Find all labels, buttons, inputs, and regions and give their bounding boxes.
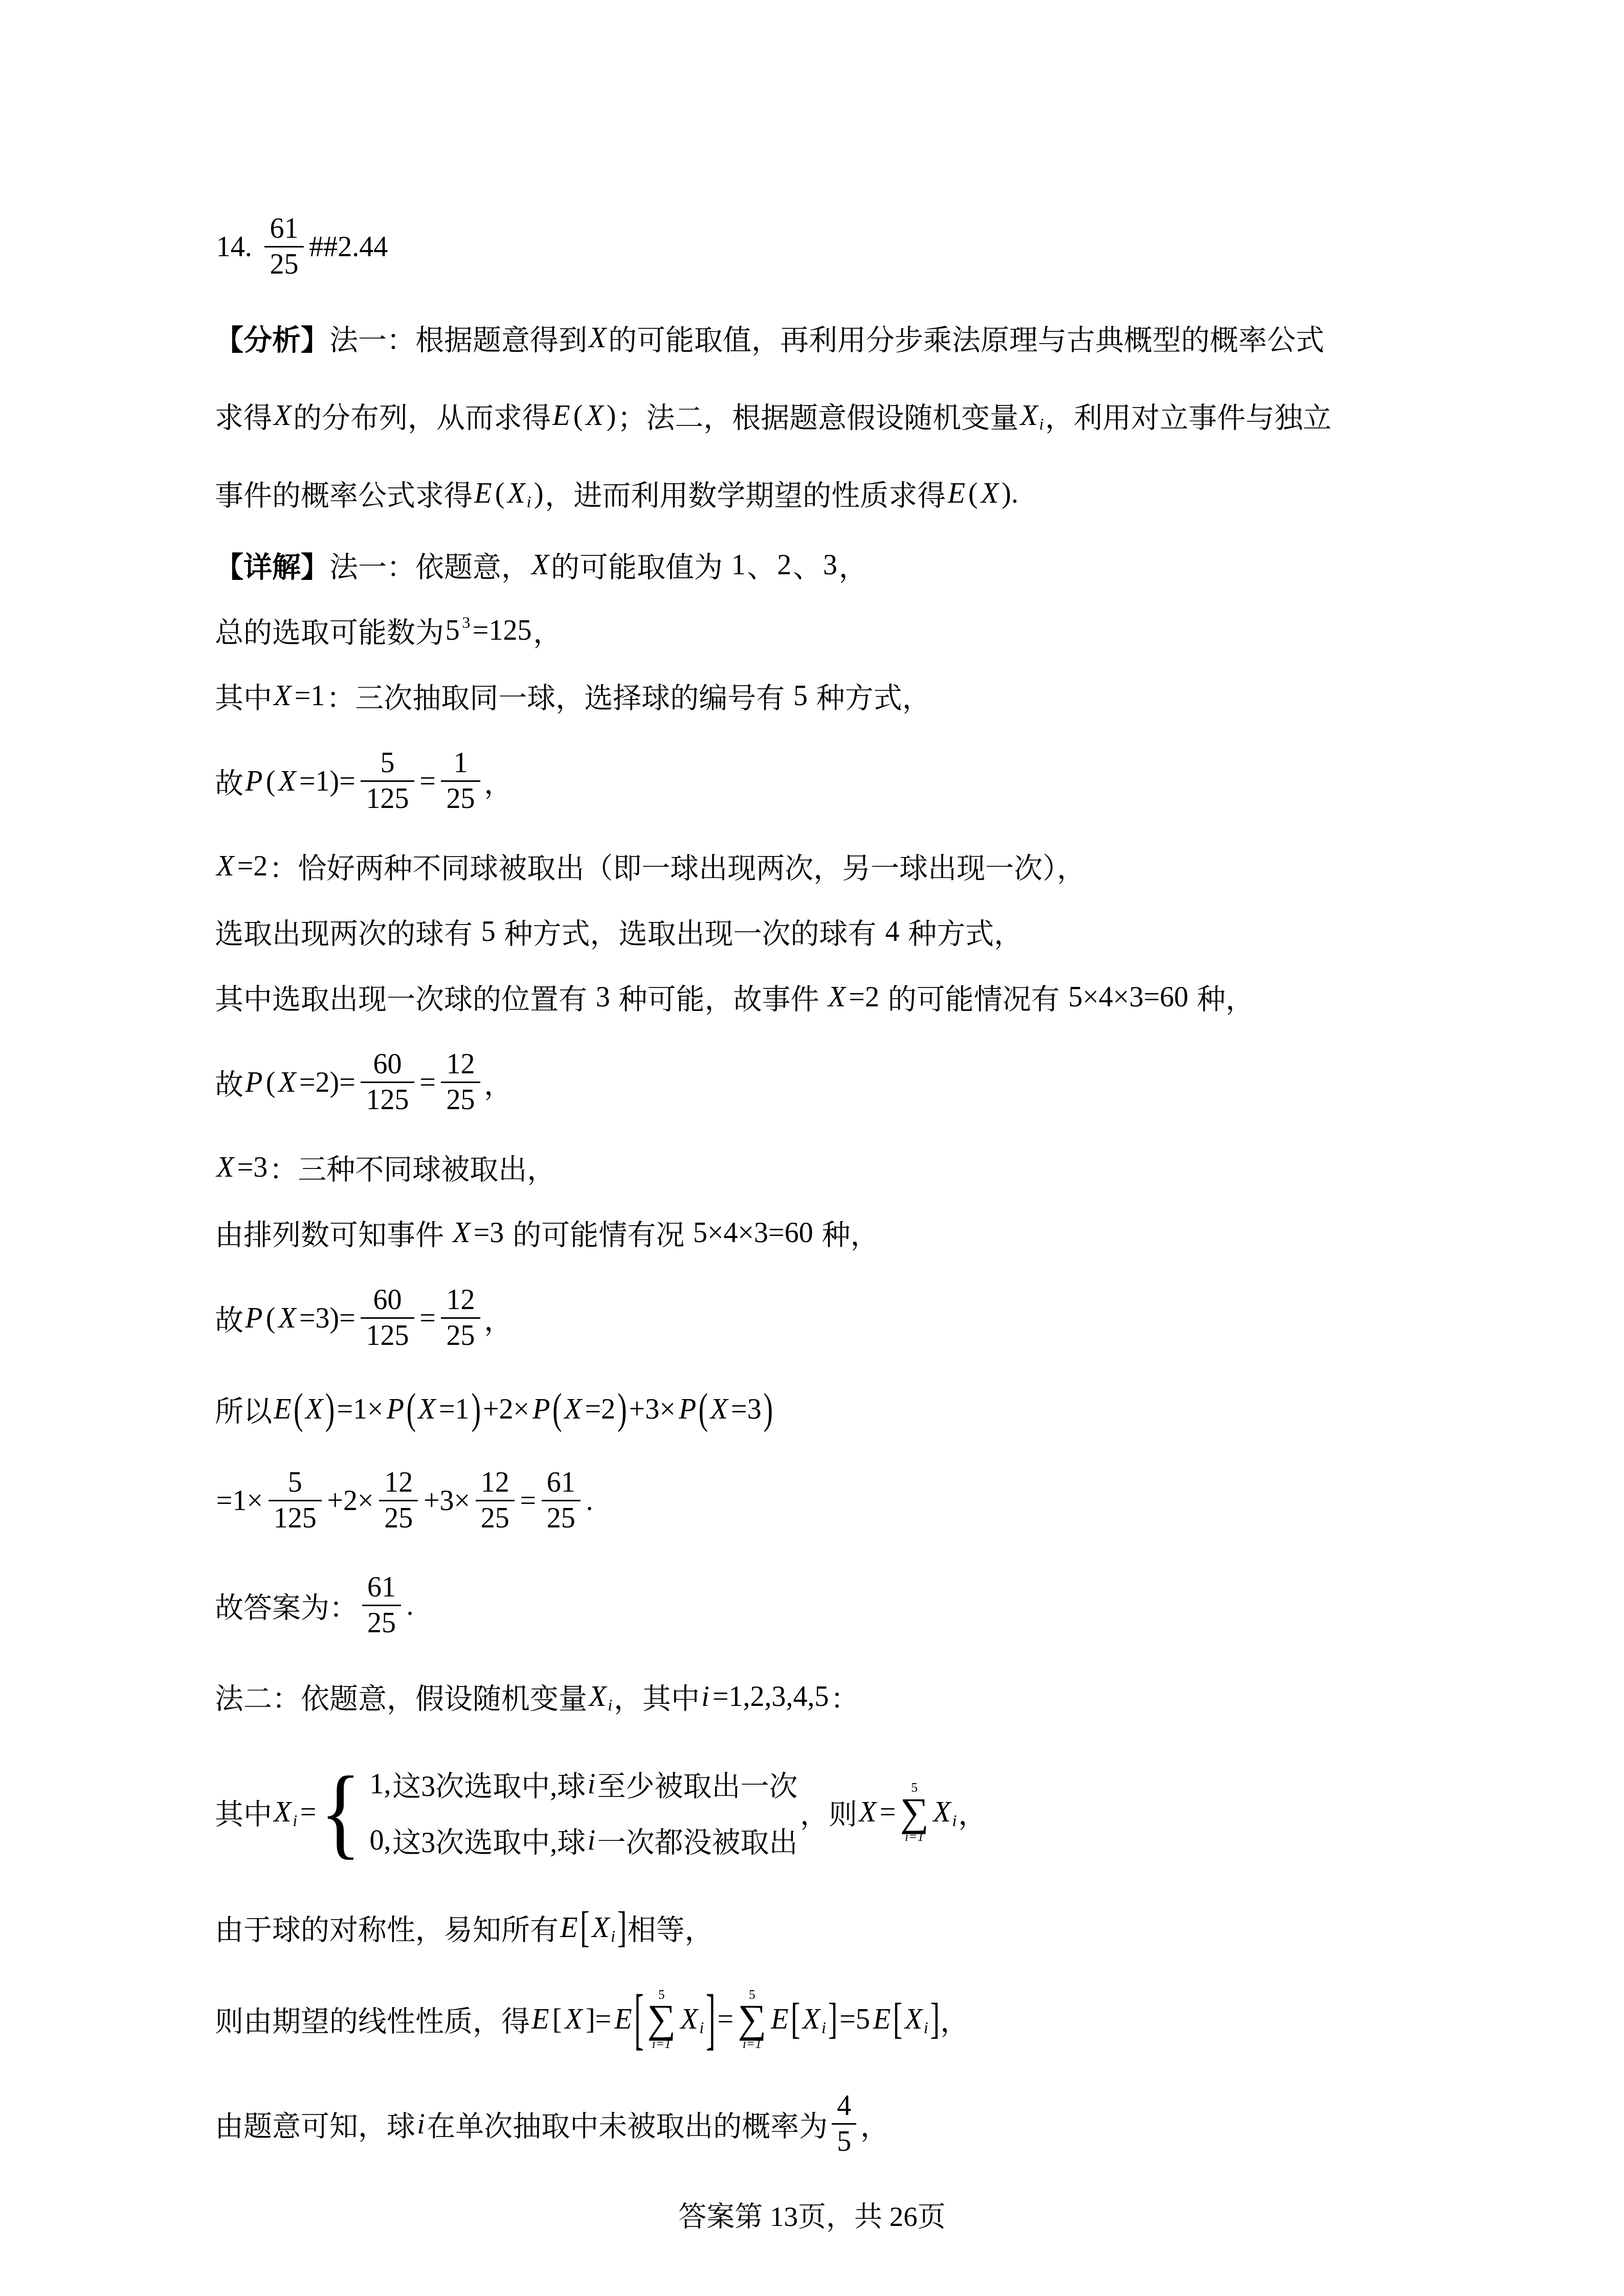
fraction-numerator: 60 — [368, 1049, 407, 1082]
math-subscript: i — [821, 2019, 826, 2038]
math-number: 3 — [821, 549, 839, 581]
fraction-numerator: 61 — [362, 1572, 401, 1605]
fraction-numerator: 5 — [283, 1467, 307, 1500]
fraction: 45 — [832, 2090, 856, 2157]
summation: 5∑i=1 — [647, 1987, 676, 2052]
math-number: =3 — [472, 1217, 505, 1249]
math-variable: X — [563, 1393, 584, 1426]
sigma-symbol: ∑ — [738, 2002, 766, 2036]
case-row: 1,这3次选取中,球i至少被取出一次 — [368, 1764, 798, 1805]
summation: 5∑i=1 — [900, 1780, 929, 1844]
fraction-denominator: 25 — [441, 780, 480, 815]
text-run: 种可能，故事件 — [612, 977, 827, 1018]
text-run: 由题意可知，球 — [215, 2104, 415, 2145]
math-variable: X — [587, 322, 608, 354]
math-variable: X — [530, 549, 551, 581]
fraction-denominator: 25 — [362, 1605, 401, 1639]
math-subscript: i — [924, 2019, 928, 2038]
math-variable: i — [700, 1680, 711, 1713]
text-run: ， — [839, 545, 867, 586]
math-number: =3)= — [298, 1302, 357, 1335]
left-brace-icon: { — [320, 1762, 362, 1863]
sigma-symbol: ∑ — [647, 2002, 676, 2036]
fraction-denominator: 25 — [441, 1317, 480, 1352]
math-bracket: [ — [893, 1998, 903, 2041]
math-variable: X — [506, 477, 527, 510]
fraction-numerator: 5 — [375, 748, 399, 780]
math-number: =125 — [471, 614, 533, 647]
page-footer: 答案第 13页，共 26页 — [0, 2194, 1624, 2234]
math-number: ##2.44 — [307, 231, 389, 263]
math-number: =3 — [729, 1393, 763, 1426]
text-run: 故 — [215, 761, 243, 802]
math-bracket: [ — [790, 1998, 801, 2041]
math-variable: X — [272, 680, 293, 712]
math-variable: i — [415, 2108, 427, 2141]
piecewise-cases: {1,这3次选取中,球i至少被取出一次0,这3次选取中,球i一次都没被取出 — [320, 1764, 798, 1861]
fraction: 6125 — [362, 1572, 401, 1639]
text-run: 、 — [747, 545, 776, 586]
sum-lower-limit: i=1 — [652, 2036, 671, 2052]
math-variable: X — [587, 1680, 608, 1713]
math-variable: X — [563, 2003, 584, 2036]
math-number: =2)= — [298, 1066, 357, 1099]
math-variable: i — [586, 1824, 597, 1857]
math-bracket: ] — [828, 1998, 838, 2041]
math-number: 1 — [730, 549, 747, 581]
math-number: =2 — [236, 850, 269, 883]
fraction-numerator: 4 — [832, 2090, 856, 2123]
cases-rows: 1,这3次选取中,球i至少被取出一次0,这3次选取中,球i一次都没被取出 — [368, 1764, 798, 1861]
math-variable: E — [551, 399, 572, 432]
math-variable: X — [1018, 399, 1039, 432]
fraction: 6125 — [264, 213, 303, 280]
math-number: ( — [494, 477, 506, 510]
solution-method1-line-7: X=3：三种不同球被取出， — [215, 1135, 1483, 1200]
solution-method2-linearity-eq: 则由期望的线性性质，得E[X]=E[5∑i=1Xi]=5∑i=1E[Xi]=5E… — [215, 1967, 1483, 2072]
solution-method1-eq-px1: 故P(X=1)=5125=125， — [215, 729, 1483, 834]
text-run: 种， — [814, 1212, 879, 1253]
solution-method2-line-3: 由题意可知，球i在单次抽取中未被取出的概率为45， — [215, 2072, 1483, 2176]
text-run: ， — [484, 761, 513, 802]
math-number: ) — [532, 477, 545, 510]
math-number: 0, — [368, 1824, 393, 1857]
math-number: = — [519, 1484, 538, 1517]
math-bracket: ( — [698, 1388, 708, 1431]
math-number: . — [405, 1589, 415, 1622]
math-number: 5 — [792, 680, 809, 712]
math-number: = — [299, 1796, 318, 1829]
math-number: 5 — [480, 915, 497, 948]
solution-method1-line-3: 其中X=1：三次抽取同一球，选择球的编号有 5 种方式， — [215, 663, 1483, 729]
text-run: ， — [860, 2104, 889, 2145]
fraction: 1225 — [379, 1467, 418, 1534]
fraction: 1225 — [441, 1049, 480, 1116]
fraction-denominator: 25 — [441, 1082, 480, 1116]
text-run: 法一：依题意， — [329, 545, 530, 586]
math-subscript: i — [699, 2019, 704, 2038]
math-variable: X — [590, 1911, 611, 1944]
math-bracket: ( — [406, 1388, 416, 1431]
text-run: 故 — [215, 1298, 243, 1339]
math-bracket: ] — [705, 1985, 716, 2053]
text-run: ，利用对立事件与独立 — [1045, 395, 1331, 436]
math-number: 5 — [444, 614, 461, 647]
math-variable: E — [613, 2003, 634, 2036]
text-run: 在单次抽取中未被取出的概率为 — [427, 2104, 828, 2145]
math-variable: X — [903, 2003, 924, 2036]
bold-label: 【详解】 — [215, 545, 329, 586]
math-number: ( — [264, 1302, 277, 1335]
solution-method2-line-1: 法二：依题意，假设随机变量Xi，其中i=1,2,3,4,5： — [215, 1658, 1483, 1736]
math-number: ) — [605, 399, 617, 432]
math-number: =1× — [215, 1484, 264, 1517]
math-variable: P — [531, 1393, 552, 1426]
fraction: 125 — [441, 748, 480, 815]
sum-lower-limit: i=1 — [905, 1829, 924, 1844]
math-variable: X — [451, 1217, 472, 1249]
document-body: 14. 6125##2.44 【分析】法一：根据题意得到X的可能取值，再利用分步… — [215, 194, 1483, 2176]
text-run: 种方式，选取出现一次的球有 — [497, 911, 884, 952]
sigma-symbol: ∑ — [900, 1795, 929, 1830]
document-page: 14. 6125##2.44 【分析】法一：根据题意得到X的可能取值，再利用分步… — [0, 0, 1624, 2296]
math-bracket: ] — [929, 1998, 940, 2041]
math-variable: X — [272, 399, 293, 432]
math-variable: i — [586, 1768, 597, 1800]
fraction-denominator: 125 — [269, 1500, 322, 1534]
analysis-line-2: 求得X的分布列，从而求得E(X)；法二，根据题意假设随机变量Xi，利用对立事件与… — [215, 377, 1483, 455]
solution-method1-line-4: X=2：恰好两种不同球被取出（即一球出现两次，另一球出现一次）， — [215, 834, 1483, 899]
math-bracket: ] — [617, 1906, 628, 1949]
math-variable: X — [215, 850, 236, 883]
text-run: 种方式， — [809, 676, 931, 716]
solution-method1-eq-px2: 故P(X=2)=60125=1225， — [215, 1030, 1483, 1135]
math-variable: P — [243, 1302, 264, 1335]
fraction: 1225 — [441, 1285, 480, 1352]
fraction-denominator: 25 — [379, 1500, 418, 1534]
text-run: 这3次选取中,球 — [392, 1764, 586, 1805]
fraction: 5125 — [361, 748, 414, 815]
math-variable: P — [243, 1066, 264, 1099]
sum-lower-limit: i=1 — [743, 2036, 762, 2052]
math-subscript: i — [608, 1696, 612, 1715]
math-variable: E — [473, 477, 494, 510]
math-number: 14. — [215, 231, 261, 263]
math-variable: X — [679, 2003, 700, 2036]
math-subscript: i — [293, 1812, 297, 1831]
text-run: 则由期望的线性性质，得 — [215, 1999, 530, 2040]
math-variable: E — [559, 1911, 580, 1944]
text-run: ， — [533, 610, 562, 651]
math-bracket: ( — [552, 1388, 563, 1431]
math-number: = — [418, 1066, 437, 1099]
math-number: = — [716, 2003, 735, 2036]
math-bracket: [ — [634, 1985, 644, 2053]
fraction: 60125 — [361, 1285, 414, 1352]
math-number: =2 — [584, 1393, 617, 1426]
math-subscript: i — [611, 1927, 615, 1946]
text-run: 总的选取可能数为 — [215, 610, 444, 651]
fraction-denominator: 125 — [361, 1317, 414, 1352]
math-number: =1)= — [298, 765, 357, 798]
text-run: ， — [958, 1792, 987, 1833]
math-number: = — [878, 1796, 897, 1829]
math-number: ( — [967, 477, 979, 510]
fraction-numerator: 1 — [448, 748, 473, 780]
text-run: ，其中 — [614, 1676, 700, 1717]
text-run: 这3次选取中,球 — [392, 1820, 586, 1861]
fraction-numerator: 12 — [476, 1467, 515, 1500]
text-run: ：三次抽取同一球，选择球的编号有 — [326, 676, 792, 716]
solution-method1-line-5: 选取出现两次的球有 5 种方式，选取出现一次的球有 4 种方式， — [215, 899, 1483, 964]
fraction: 5125 — [269, 1467, 322, 1534]
math-variable: E — [769, 2003, 790, 2036]
fraction-numerator: 12 — [441, 1049, 480, 1082]
solution-method1-line-2: 总的选取可能数为53=125， — [215, 598, 1483, 663]
text-run: ，则 — [800, 1792, 857, 1833]
text-run: ， — [484, 1298, 513, 1339]
analysis-line-3: 事件的概率公式求得E(Xi)，进而利用数学期望的性质求得E(X). — [215, 455, 1483, 532]
fraction-numerator: 61 — [264, 213, 303, 246]
text-run: 一次都没被取出 — [597, 1820, 798, 1861]
math-number: [ — [551, 2003, 563, 2036]
math-variable: X — [277, 1302, 298, 1335]
math-variable: X — [980, 477, 1000, 510]
math-number: 4 — [884, 915, 901, 948]
math-variable: X — [857, 1796, 878, 1829]
math-number: +2× — [326, 1484, 375, 1517]
math-bracket: ) — [617, 1388, 628, 1431]
math-variable: X — [416, 1393, 437, 1426]
text-run: 种， — [1190, 977, 1254, 1018]
text-run: 种方式， — [901, 911, 1022, 952]
text-run: 求得 — [215, 395, 272, 436]
case-row: 0,这3次选取中,球i一次都没被取出 — [368, 1820, 798, 1861]
solution-method1-line-6: 其中选取出现一次球的位置有 3 种可能，故事件 X=2 的可能情况有 5×4×3… — [215, 964, 1483, 1030]
math-number: +3× — [422, 1484, 472, 1517]
text-run: ： — [830, 1676, 859, 1717]
math-bracket: ) — [763, 1388, 773, 1431]
math-variable: X — [277, 1066, 298, 1099]
math-number: +3× — [628, 1393, 677, 1426]
fraction: 60125 — [361, 1049, 414, 1116]
math-subscript: i — [1039, 415, 1044, 434]
text-run: 法二：依题意，假设随机变量 — [215, 1676, 587, 1717]
math-number: =1× — [336, 1393, 385, 1426]
math-number: 5×4×3=60 — [692, 1217, 814, 1249]
solution-method1-eq-ex-value: =1×5125+2×1225+3×1225=6125. — [215, 1448, 1483, 1553]
math-variable: E — [530, 2003, 551, 2036]
text-run: 的分布列，从而求得 — [293, 395, 551, 436]
text-run: 法一：根据题意得到 — [329, 318, 587, 358]
text-run: 其中 — [215, 1792, 272, 1833]
math-number: ( — [572, 399, 584, 432]
math-number: ). — [1000, 477, 1019, 510]
math-number: =1 — [293, 680, 326, 712]
math-variable: X — [215, 1151, 236, 1184]
math-variable: X — [584, 399, 605, 432]
fraction-numerator: 61 — [542, 1467, 581, 1500]
text-run: ：三种不同球被取出， — [269, 1147, 555, 1188]
fraction-denominator: 125 — [361, 1082, 414, 1116]
math-number: =2 — [848, 981, 881, 1014]
math-variable: P — [385, 1393, 406, 1426]
text-run: 故答案为： — [215, 1585, 358, 1626]
solution-method2-line-2: 由于球的对称性，易知所有E[Xi]相等， — [215, 1889, 1483, 1967]
math-variable: X — [801, 2003, 822, 2036]
final-answer-line: 故答案为：6125. — [215, 1553, 1483, 1658]
math-number: 3 — [594, 981, 612, 1014]
math-variable: P — [243, 765, 264, 798]
text-run: 由排列数可知事件 — [215, 1212, 451, 1253]
text-run: 的可能取值，再利用分步乘法原理与古典概型的概率公式 — [608, 318, 1324, 358]
math-variable: E — [946, 477, 967, 510]
math-bracket: ) — [325, 1388, 336, 1431]
math-subscript: i — [526, 493, 531, 512]
text-run: 至少被取出一次 — [597, 1764, 798, 1805]
analysis-line-1: 【分析】法一：根据题意得到X的可能取值，再利用分步乘法原理与古典概型的概率公式 — [215, 299, 1483, 377]
math-number: =5 — [838, 2003, 872, 2036]
solution-method1-line-8: 由排列数可知事件 X=3 的可能情有况 5×4×3=60 种， — [215, 1200, 1483, 1266]
text-run: 其中选取出现一次球的位置有 — [215, 977, 594, 1018]
math-number: ( — [264, 765, 277, 798]
math-number: =1,2,3,4,5 — [711, 1680, 830, 1713]
solution-method1-eq-px3: 故P(X=3)=60125=1225， — [215, 1266, 1483, 1370]
fraction-denominator: 25 — [264, 246, 303, 280]
math-bracket: ( — [293, 1388, 304, 1431]
text-run: ：恰好两种不同球被取出（即一球出现两次，另一球出现一次）， — [269, 846, 1085, 887]
fraction-numerator: 12 — [379, 1467, 418, 1500]
math-number: =3 — [236, 1151, 269, 1184]
math-number: ]= — [584, 2003, 613, 2036]
math-bracket: ) — [471, 1388, 481, 1431]
text-run: 的可能取值为 — [551, 545, 730, 586]
math-bracket: [ — [580, 1906, 590, 1949]
text-run: 相等， — [628, 1907, 714, 1948]
bold-label: 【分析】 — [215, 318, 329, 358]
math-number: +2× — [481, 1393, 531, 1426]
math-variable: P — [677, 1393, 698, 1426]
math-variable: X — [827, 981, 848, 1014]
math-number: = — [418, 765, 437, 798]
math-number: 1, — [368, 1768, 393, 1800]
text-run: 所以 — [215, 1389, 272, 1430]
solution-method1-line-1: 【详解】法一：依题意，X的可能取值为 1、2、3， — [215, 532, 1483, 598]
text-run: 的可能情有况 — [505, 1212, 692, 1253]
text-run: ， — [484, 1062, 513, 1103]
math-variable: X — [931, 1796, 952, 1829]
math-variable: X — [277, 765, 298, 798]
math-variable: X — [304, 1393, 325, 1426]
math-subscript: i — [952, 1812, 957, 1831]
summation: 5∑i=1 — [738, 1987, 766, 2052]
answer-line: 14. 6125##2.44 — [215, 194, 1483, 299]
fraction-numerator: 12 — [441, 1285, 480, 1317]
fraction-denominator: 25 — [476, 1500, 515, 1534]
fraction-denominator: 125 — [361, 780, 414, 815]
math-number: . — [585, 1484, 595, 1517]
math-number: ( — [264, 1066, 277, 1099]
text-run: 的可能情况有 — [881, 977, 1067, 1018]
text-run: 选取出现两次的球有 — [215, 911, 480, 952]
solution-method2-cases: 其中Xi={1,这3次选取中,球i至少被取出一次0,这3次选取中,球i一次都没被… — [215, 1736, 1483, 1889]
text-run: 其中 — [215, 676, 272, 716]
text-run: 、 — [793, 545, 821, 586]
text-run: 故 — [215, 1062, 243, 1103]
math-number: 5×4×3=60 — [1067, 981, 1190, 1014]
fraction-denominator: 25 — [542, 1500, 581, 1534]
math-variable: X — [708, 1393, 729, 1426]
fraction: 1225 — [476, 1467, 515, 1534]
math-number: 2 — [776, 549, 793, 581]
math-variable: E — [872, 2003, 893, 2036]
fraction-numerator: 60 — [368, 1285, 407, 1317]
text-run: ，进而利用数学期望的性质求得 — [545, 473, 946, 514]
text-run: ；法二，根据题意假设随机变量 — [617, 395, 1018, 436]
math-number: = — [418, 1302, 437, 1335]
text-run: 由于球的对称性，易知所有 — [215, 1907, 559, 1948]
fraction-denominator: 5 — [832, 2123, 856, 2157]
math-variable: X — [272, 1796, 293, 1829]
fraction: 6125 — [542, 1467, 581, 1534]
solution-method1-eq-ex: 所以E(X)=1×P(X=1)+2×P(X=2)+3×P(X=3) — [215, 1370, 1483, 1448]
math-superscript: 3 — [462, 614, 470, 633]
math-number: =1 — [437, 1393, 471, 1426]
math-variable: E — [272, 1393, 293, 1426]
text-run: ， — [940, 1999, 969, 2040]
text-run: 事件的概率公式求得 — [215, 473, 473, 514]
